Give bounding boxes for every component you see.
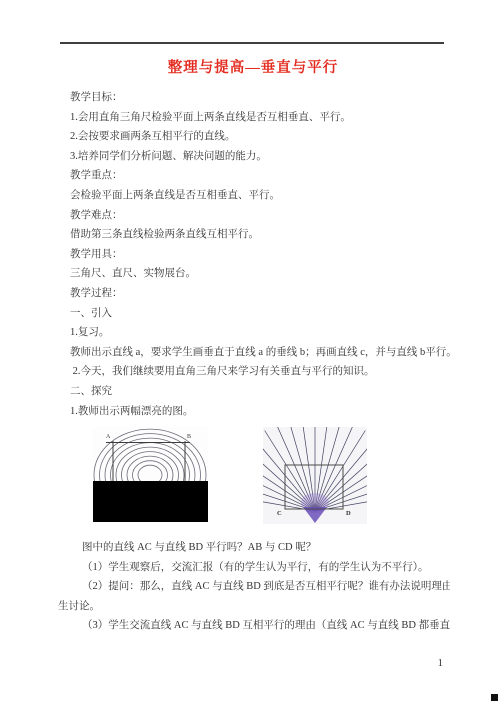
paragraph-line: 三角尺、直尺、实物展台。: [58, 264, 450, 284]
paragraph-line: 一、引入: [58, 304, 450, 324]
paragraph-line: 1.复习。: [58, 323, 450, 343]
body-text-bottom: 图中的直线 AC 与直线 BD 平行吗？AB 与 CD 呢？（1）学生观察后，交…: [58, 538, 450, 636]
paragraph-line: 生讨论。: [58, 597, 450, 617]
paragraph-line: 1.会用直角三角尺检验平面上两条直线是否互相垂直、平行。: [58, 108, 450, 128]
paragraph-line: 二、探究: [58, 382, 450, 402]
figure-radiating-lines-illusion: C D: [263, 427, 367, 524]
paragraph-line: 3.培养同学们分析问题、解决问题的能力。: [58, 147, 450, 167]
paragraph-line: 教学过程：: [58, 284, 450, 304]
label-a: A: [106, 434, 111, 440]
black-bar: [93, 481, 208, 522]
label-c: C: [277, 510, 282, 517]
paragraph-line: 1.教师出示两幅漂亮的图。: [58, 402, 450, 422]
page-number: 1: [438, 657, 444, 669]
figures-row: A B: [93, 427, 500, 524]
body-text-top: 教学目标：1.会用直角三角尺检验平面上两条直线是否互相垂直、平行。2.会按要求画…: [58, 88, 450, 421]
figure-concentric-circles-illusion: A B: [93, 427, 208, 522]
paragraph-line: 2.会按要求画两条互相平行的直线。: [58, 127, 450, 147]
paragraph-line: 教学重点：: [58, 166, 450, 186]
paragraph-line: 教师出示直线 a，要求学生画垂直于直线 a 的垂线 b；再画直线 c，并与直线 …: [58, 343, 450, 363]
paragraph-line: 会检验平面上两条直线是否互相垂直、平行。: [58, 186, 450, 206]
paragraph-line: 2.今天，我们继续要用直角三角尺来学习有关垂直与平行的知识。: [58, 362, 450, 382]
paragraph-line: （3）学生交流直线 AC 与直线 BD 互相平行的理由（直线 AC 与直线 BD…: [58, 616, 450, 636]
paragraph-line: （2）提问：那么，直线 AC 与直线 BD 到底是否互相平行呢？谁有办法说明理由…: [58, 577, 450, 597]
label-b: B: [187, 434, 191, 440]
paragraph-line: 借助第三条直线检验两条直线互相平行。: [58, 225, 450, 245]
document-page: 整理与提高—垂直与平行 教学目标：1.会用直角三角尺检验平面上两条直线是否互相垂…: [0, 0, 500, 707]
label-d: D: [346, 510, 351, 517]
paragraph-line: （1）学生观察后，交流汇报（有的学生认为平行，有的学生认为不平行）。: [58, 558, 450, 578]
paragraph-line: 教学用具：: [58, 245, 450, 265]
page-title: 整理与提高—垂直与平行: [58, 58, 448, 78]
header-rule: [60, 42, 444, 44]
paragraph-line: 教学目标：: [58, 88, 450, 108]
corner-mark: [491, 694, 498, 701]
paragraph-line: 教学难点：: [58, 206, 450, 226]
paragraph-line: 图中的直线 AC 与直线 BD 平行吗？AB 与 CD 呢？: [58, 538, 450, 558]
